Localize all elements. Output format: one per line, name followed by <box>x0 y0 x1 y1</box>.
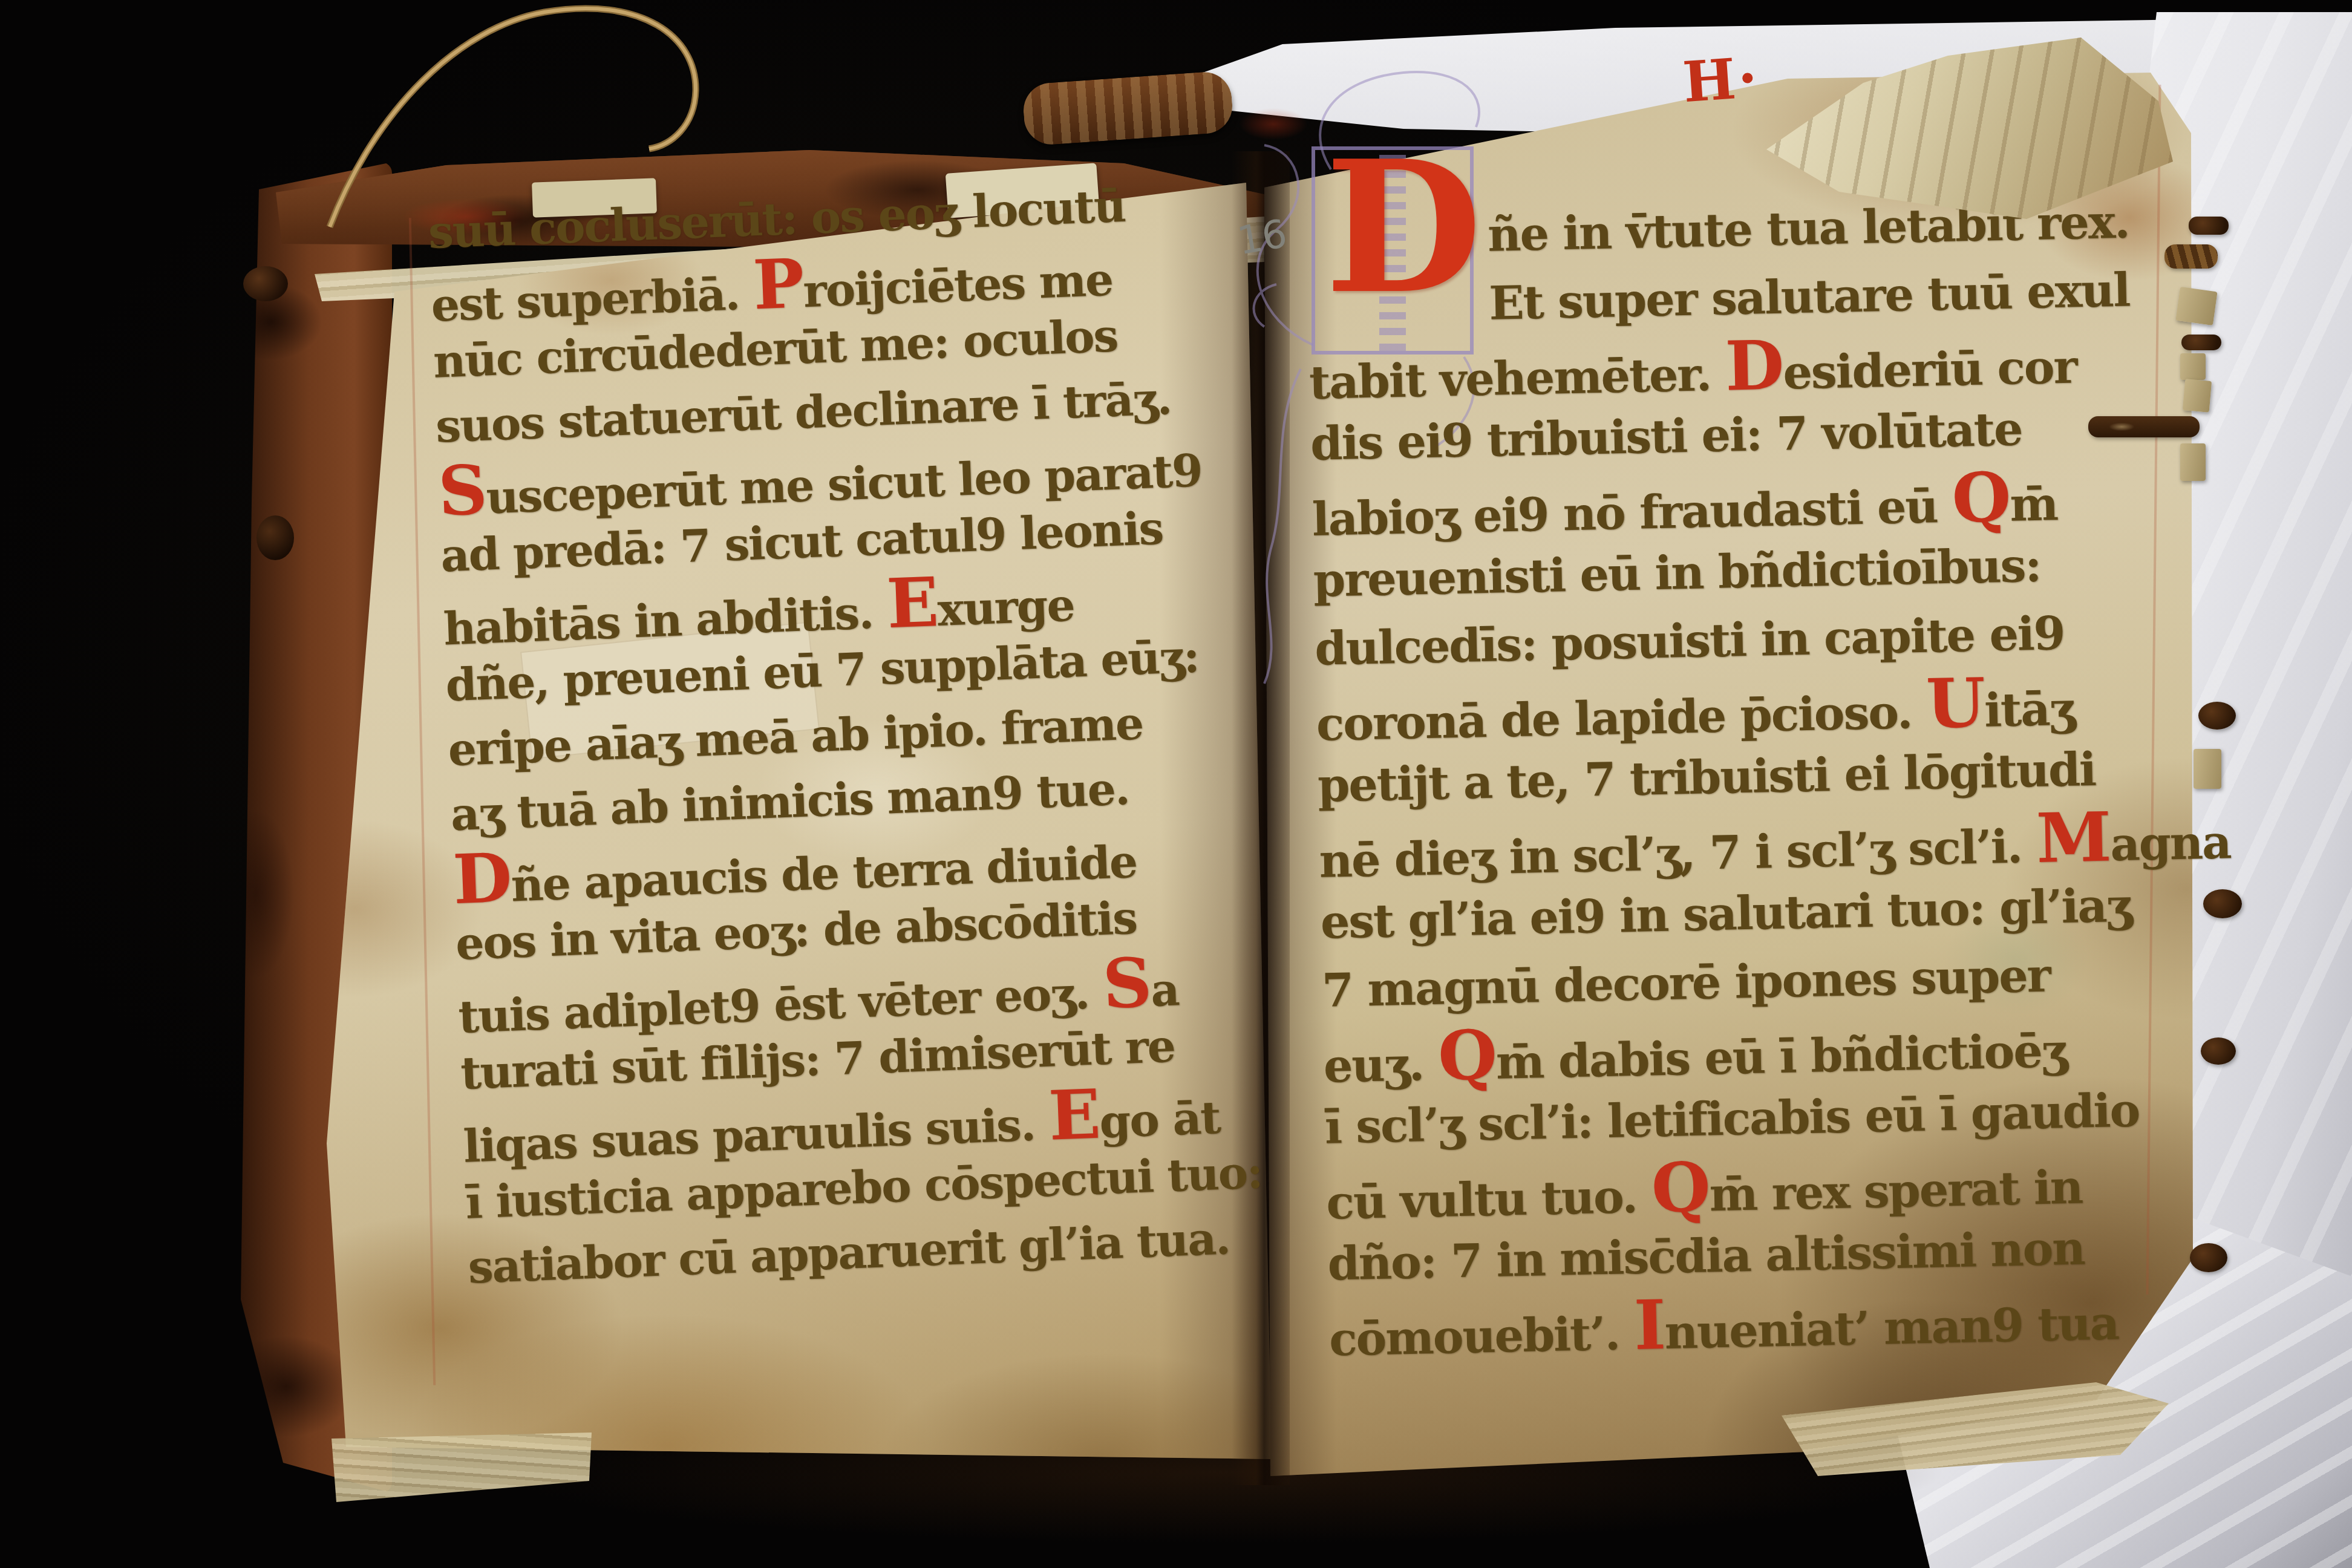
text-segment: tabit vehemēter. <box>1308 347 1726 410</box>
text-segment: dño: 7 in misc̄dia altissimi non <box>1327 1221 2085 1290</box>
text-segment: Et super salutare tuū exul <box>1489 263 2130 330</box>
leather-strap <box>1022 70 1234 146</box>
text-segment: esideriū cor <box>1782 339 2077 399</box>
text-segment: est gl’ia ei9 in salutari tuo: gl’iaʒ <box>1320 878 2132 949</box>
rubric-initial: Q <box>1437 1016 1497 1096</box>
rubric-initial: E <box>886 563 939 644</box>
left-page-text: suū cocluserūt: os eoʒ locutūest superbi… <box>427 168 1316 1300</box>
manuscript-photo-scene: suū cocluserūt: os eoʒ locutūest superbi… <box>0 0 2352 1568</box>
fore-edge-tab <box>2175 287 2217 325</box>
bookmark-cord <box>230 0 774 254</box>
rubric-initial: D <box>452 838 512 920</box>
rubric-initial: Q <box>1951 458 2010 538</box>
fore-edge-tab <box>2201 1037 2236 1065</box>
text-segment: euʒ. <box>1323 1037 1439 1093</box>
text-segment: petijt a te, 7 tribuisti ei lōgitudi <box>1317 742 2096 812</box>
right-page-text: ñe in v̄tute tua letabit rex.Et super sa… <box>1305 186 2225 1367</box>
fore-edge-tab <box>2180 443 2206 481</box>
text-segment: xurge <box>936 579 1075 636</box>
clasp-knob <box>256 515 294 560</box>
clasp-knob <box>243 266 288 301</box>
text-segment: preuenisti eū in bñdictioībus: <box>1313 538 2041 607</box>
fore-edge-tab <box>2190 1243 2227 1272</box>
rubric-initial: U <box>1926 664 1985 744</box>
rubric-initial: P <box>752 244 805 325</box>
text-segment: a <box>1150 964 1180 1017</box>
rubric-initial: D <box>1725 326 1784 407</box>
text-segment: m̄ rex sperat in <box>1709 1160 2083 1221</box>
rubric-initial: E <box>1047 1075 1100 1156</box>
fore-edge-tab <box>2198 702 2236 730</box>
text-segment: cū vultu tuo. <box>1326 1169 1652 1229</box>
text-segment: m̄ <box>2010 477 2058 532</box>
fore-edge-tab <box>2180 353 2206 380</box>
fore-edge-tab <box>2181 335 2221 350</box>
text-segment: nueniat’ man9 tua <box>1664 1296 2119 1359</box>
text-segment: agna <box>2109 815 2231 871</box>
rubric-initial: S <box>1101 943 1152 1024</box>
rubric-initial: S <box>437 451 488 532</box>
fore-edge-tab <box>2194 749 2221 789</box>
fore-edge-tab <box>2203 889 2242 918</box>
text-segment: ī scl’ʒ scl’i: letificabis eū ī gaudio <box>1324 1083 2140 1154</box>
rubric-initial: Q <box>1651 1148 1710 1228</box>
fore-edge-tab-braided <box>2164 244 2218 269</box>
text-segment: go āt <box>1099 1092 1221 1149</box>
text-segment: cōmouebit’. <box>1328 1306 1635 1367</box>
pencil-folio-number: 16 <box>1234 211 1290 264</box>
text-segment: dis ei9 tribuisti ei: 7 volūtate <box>1310 402 2022 471</box>
rubric-initial: I <box>1633 1285 1665 1365</box>
fore-edge-tab <box>2183 379 2212 413</box>
text-segment: 7 magnū decorē ipones super <box>1321 949 2050 1018</box>
text-segment: itāʒ <box>1984 682 2074 737</box>
rubric-initial: M <box>2036 797 2111 878</box>
fore-edge-strap <box>2088 416 2200 437</box>
folio-heading-rubric: H· <box>1681 45 1762 116</box>
fore-edge-tab <box>2189 217 2229 235</box>
